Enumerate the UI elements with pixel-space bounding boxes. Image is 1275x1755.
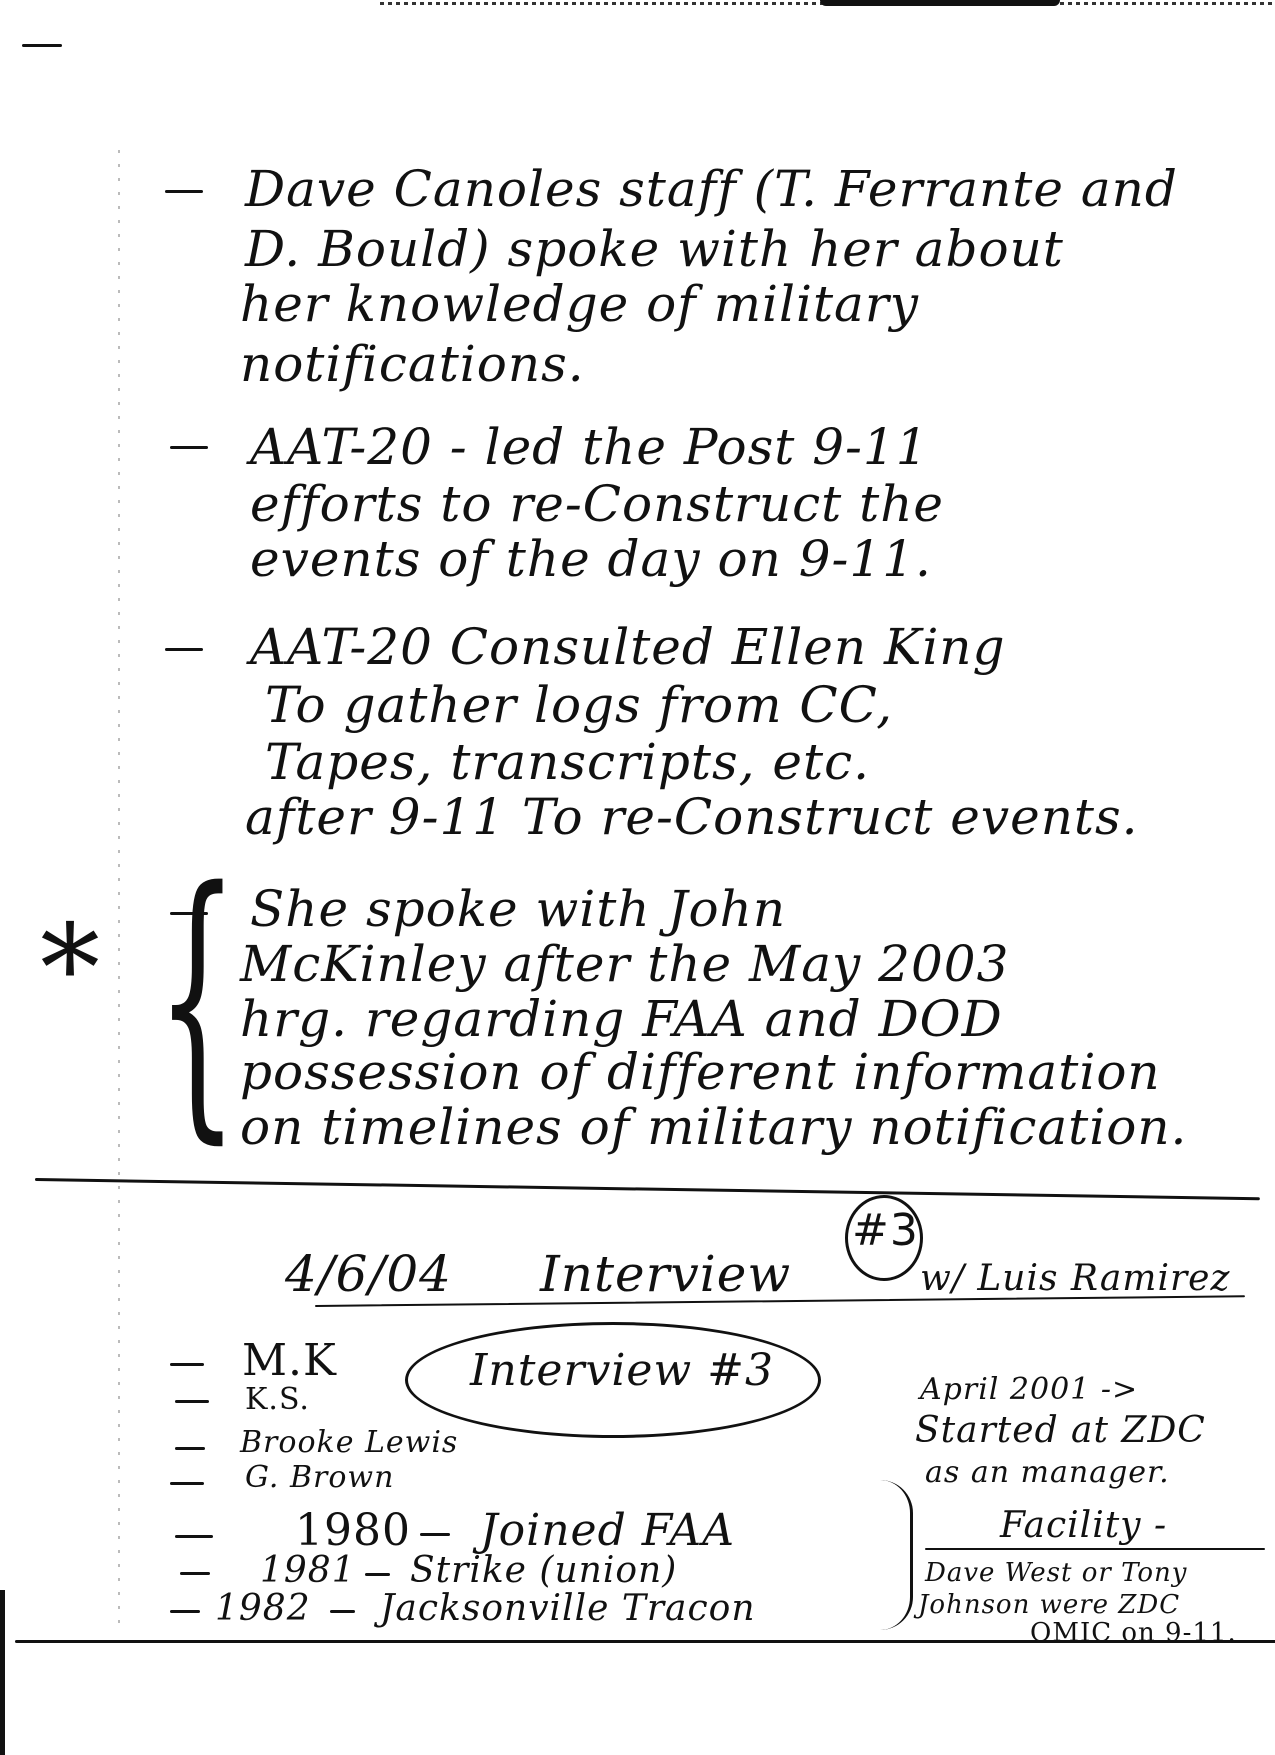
timeline-event: Jacksonville Tracon [380, 1588, 756, 1629]
scan-artifact [820, 0, 1060, 6]
timeline-year: 1981 [260, 1550, 356, 1591]
attendee: Brooke Lewis [240, 1425, 458, 1460]
interview-label: Interview #3 [470, 1345, 774, 1396]
timeline-year: 1982 [215, 1588, 311, 1629]
timeline-dash [420, 1533, 450, 1536]
bullet-dash [170, 1482, 204, 1485]
margin-perforation [118, 150, 120, 1630]
note-line: on timelines of military notification. [240, 1098, 1187, 1156]
note-line: possession of different information [240, 1043, 1161, 1101]
timeline-event: Strike (union) [410, 1550, 677, 1591]
note-line: Dave Canoles staff (T. Ferrante and [245, 160, 1178, 218]
note-line: AAT-20 - led the Post 9-11 [250, 418, 929, 476]
bullet-dash [175, 1400, 209, 1403]
note-line: events of the day on 9-11. [250, 530, 932, 588]
attendee: M.K [242, 1335, 337, 1386]
timeline-year: 1980 [295, 1505, 411, 1556]
note-line: after 9-11 To re-Construct events. [245, 788, 1139, 846]
note-line: D. Bould) spoke with her about [245, 220, 1064, 278]
facility-underline [925, 1548, 1265, 1550]
facility-line: OMIC on 9-11. [1030, 1618, 1237, 1648]
bottom-rule [15, 1640, 1275, 1643]
timeline-dash [330, 1610, 355, 1613]
interview-number: #3 [852, 1205, 919, 1256]
section-divider [35, 1178, 1260, 1200]
attendee: G. Brown [245, 1460, 394, 1495]
interview-date: 4/6/04 [285, 1245, 452, 1303]
note-line: McKinley after the May 2003 [240, 935, 1009, 993]
bullet-dash [170, 912, 208, 915]
side-note-line: Started at ZDC [915, 1410, 1206, 1451]
facility-line: Dave West or Tony [925, 1558, 1188, 1588]
note-line: To gather logs from CC, [265, 676, 893, 734]
side-note-line: as an manager. [925, 1455, 1170, 1490]
interviewee: w/ Luis Ramirez [920, 1258, 1230, 1299]
bullet-dash [175, 1447, 205, 1450]
scanned-page: Dave Canoles staff (T. Ferrante and D. B… [0, 0, 1275, 1755]
margin-star-mark: * [40, 900, 100, 1039]
note-line: efforts to re-Construct the [250, 475, 944, 533]
note-line: AAT-20 Consulted Ellen King [250, 618, 1006, 676]
note-line: hrg. regarding FAA and DOD [240, 990, 1003, 1048]
interview-title: Interview [540, 1245, 791, 1303]
curly-brace: { [156, 855, 239, 1145]
bullet-dash [180, 1572, 210, 1575]
facility-line: Johnson were ZDC [918, 1590, 1180, 1620]
note-line: Tapes, transcripts, etc. [265, 733, 870, 791]
bullet-dash [170, 1363, 204, 1366]
bullet-dash [165, 648, 203, 651]
bullet-dash [170, 1610, 200, 1613]
note-line: her knowledge of military [240, 275, 919, 333]
side-note-line: April 2001 -> [920, 1372, 1138, 1407]
bullet-dash [170, 446, 208, 449]
note-line: She spoke with John [250, 880, 786, 938]
facility-label: Facility - [1000, 1505, 1167, 1546]
timeline-event: Joined FAA [480, 1505, 735, 1556]
bullet-dash [165, 190, 203, 193]
corner-mark [22, 44, 62, 47]
timeline-bracket [880, 1480, 913, 1630]
note-line: notifications. [240, 335, 585, 393]
timeline-dash [365, 1573, 390, 1576]
scan-left-edge [0, 1590, 5, 1755]
attendee: K.S. [245, 1382, 310, 1417]
bullet-dash [175, 1535, 213, 1538]
